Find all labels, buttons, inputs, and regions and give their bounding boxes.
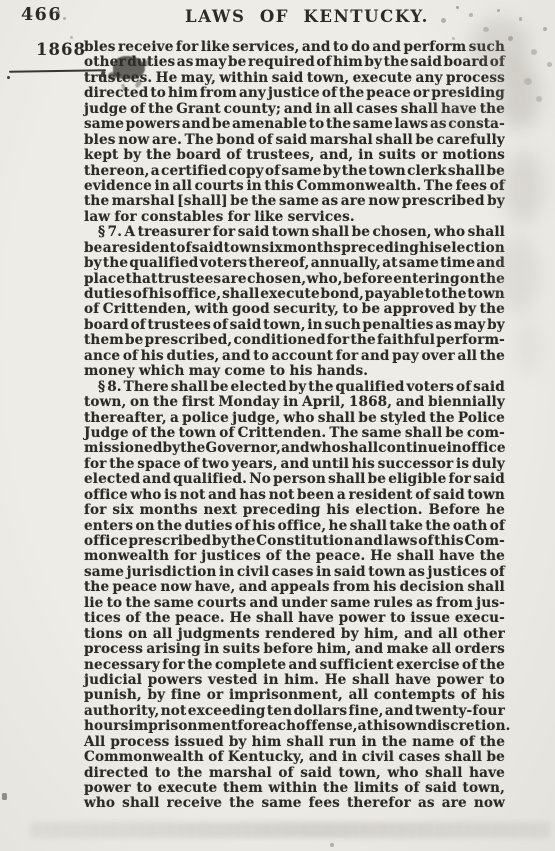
word: him,: [364, 627, 399, 642]
word: clerk: [407, 164, 446, 179]
word: justices: [201, 549, 261, 564]
word: all: [432, 642, 452, 657]
word: before: [343, 272, 393, 287]
word: same: [154, 596, 194, 611]
text-line: boardoftrusteesofsaidtown,insuchpenaltie…: [84, 318, 505, 333]
word: has: [239, 488, 266, 503]
text-line: judgeoftheGrantcounty;andinallcasesshall…: [84, 102, 505, 117]
word: come: [224, 364, 265, 379]
word: six: [112, 503, 133, 518]
word: evidence: [84, 179, 152, 194]
word: of: [459, 735, 474, 750]
text-line: blesnoware.Thebondofsaidmarshalshallbeca…: [84, 133, 505, 148]
word: duly: [472, 457, 505, 472]
word: said: [192, 241, 224, 256]
word: powers: [148, 673, 203, 688]
word: that: [126, 272, 158, 287]
word: of: [456, 380, 471, 395]
word: his: [326, 503, 349, 518]
text-line: officeprescribedbytheConstitutionandlaws…: [84, 534, 505, 549]
text-line: judicialpowersvestedinhim.Heshallhavepow…: [84, 673, 505, 688]
word: payable: [365, 287, 424, 302]
word: in: [283, 395, 298, 410]
word: and,: [320, 148, 354, 163]
word: have: [469, 766, 505, 781]
word: six: [261, 241, 282, 256]
word: the: [326, 117, 351, 132]
word: the: [323, 781, 348, 796]
word: of: [266, 549, 281, 564]
word: twenty-four: [415, 704, 505, 719]
word: of: [490, 179, 505, 194]
word: cases: [272, 565, 314, 580]
word: elected: [84, 472, 140, 487]
word: complete: [215, 658, 286, 673]
page-number: 466: [21, 5, 62, 25]
word: take: [389, 519, 423, 534]
word: same: [84, 117, 124, 132]
word: until: [312, 457, 349, 472]
word: conditioned: [234, 333, 326, 348]
word: trustees,: [246, 148, 314, 163]
word: are.: [152, 133, 182, 148]
word: who: [283, 411, 314, 426]
word: shall: [256, 611, 293, 626]
word: the: [157, 519, 182, 534]
margin-year-note: 1868: [36, 40, 86, 59]
word: for: [228, 210, 251, 225]
word: prescribed: [128, 534, 211, 549]
word: rendered: [265, 627, 335, 642]
word: for: [84, 457, 107, 472]
word: peace.: [316, 549, 366, 564]
word: person: [273, 472, 326, 487]
running-title: LAWS OF KENTUCKY.: [185, 7, 429, 26]
word: space: [137, 457, 181, 472]
word: shall: [171, 380, 208, 395]
word: the: [148, 102, 173, 117]
word: therefor: [347, 796, 411, 811]
word: two: [202, 457, 230, 472]
word: town,: [307, 71, 349, 86]
word: for: [449, 472, 472, 487]
word: him,: [317, 642, 352, 657]
word: preceding: [243, 503, 321, 518]
word: elected: [231, 380, 287, 395]
word: pay: [392, 349, 419, 364]
word: justices: [428, 565, 488, 580]
word: now: [368, 194, 399, 209]
word: is: [164, 488, 177, 503]
word: same: [362, 426, 402, 441]
word: police: [182, 411, 229, 426]
word: annually,: [311, 256, 381, 271]
word: them: [223, 781, 263, 796]
word: shall: [122, 796, 159, 811]
word: be: [230, 194, 248, 209]
word: voters: [406, 380, 454, 395]
word: thereafter,: [84, 411, 167, 426]
word: jurisdiction: [127, 565, 217, 580]
word: cases: [398, 750, 440, 765]
text-line: evidenceinallcourtsinthisCommonwealth.Th…: [84, 179, 505, 194]
word: authority,: [84, 704, 159, 719]
word: on: [460, 272, 479, 287]
word: qualified: [335, 380, 404, 395]
word: copy: [228, 164, 263, 179]
word: and: [404, 627, 433, 642]
word: be: [352, 225, 370, 240]
word: 1868,: [349, 395, 392, 410]
word: Governor,: [205, 441, 281, 456]
word: any: [416, 71, 443, 86]
word: other: [84, 55, 126, 70]
word: in: [154, 179, 169, 194]
text-line: missionedbytheGovernor,andwhoshallcontin…: [84, 441, 505, 456]
word: by: [229, 735, 247, 750]
word: offense,: [296, 719, 358, 734]
word: have: [395, 673, 431, 688]
word: and: [396, 395, 425, 410]
word: the: [103, 256, 128, 271]
word: his: [419, 241, 442, 256]
word: at: [358, 719, 373, 734]
text-line: thereafter,apolicejudge,whoshallbestyled…: [84, 411, 505, 426]
word: approved: [384, 302, 455, 317]
word: All: [84, 735, 105, 750]
word: peace: [366, 86, 411, 101]
word: shall: [405, 426, 442, 441]
word: exercise: [396, 658, 460, 673]
word: as: [177, 55, 194, 70]
word: be: [212, 117, 230, 132]
word: duties,: [166, 349, 219, 364]
word: of: [219, 426, 234, 441]
word: §: [98, 225, 105, 240]
word: town: [224, 241, 262, 256]
word: the: [351, 333, 376, 348]
word: thereof,: [248, 256, 309, 271]
word: Constitution: [256, 534, 353, 549]
word: same: [84, 565, 124, 580]
word: receive: [167, 796, 223, 811]
text-line: thembeprescribed,conditionedforthefaithf…: [84, 333, 505, 348]
word: shall: [352, 673, 389, 688]
word: of: [278, 766, 293, 781]
word: courts: [195, 179, 244, 194]
word: missioned: [84, 441, 162, 456]
word: bond,: [321, 287, 364, 302]
word: amenable: [232, 117, 307, 132]
word: and: [372, 40, 401, 55]
word: Crittenden.: [238, 426, 327, 441]
word: in: [315, 102, 330, 117]
word: necessary: [84, 658, 160, 673]
text-line: directedtothemarshalofsaidtown,whoshallh…: [84, 766, 505, 781]
word: within: [219, 71, 268, 86]
word: power: [339, 611, 386, 626]
word: services,: [232, 40, 299, 55]
word: all: [153, 627, 173, 642]
word: laws: [384, 534, 418, 549]
word: who: [130, 488, 161, 503]
word: have: [439, 549, 475, 564]
word: all: [457, 349, 477, 364]
word: by: [123, 148, 141, 163]
word: with: [195, 302, 229, 317]
word: said: [473, 472, 505, 487]
word: or: [421, 148, 438, 163]
word: been: [297, 488, 334, 503]
word: and: [302, 40, 331, 55]
word: them: [84, 333, 124, 348]
word: trustees: [158, 272, 221, 287]
word: within: [268, 781, 317, 796]
word: of: [235, 519, 250, 534]
word: the: [308, 380, 333, 395]
word: required: [248, 55, 315, 70]
word: jus-: [476, 596, 505, 611]
text-line: processarisinginsuitsbeforehim,andmakeal…: [84, 642, 505, 657]
word: the: [384, 55, 409, 70]
word: laws: [394, 117, 428, 132]
word: are: [222, 272, 247, 287]
word: are: [341, 194, 366, 209]
word: town: [272, 225, 310, 240]
word: same: [399, 256, 439, 271]
word: the: [480, 102, 505, 117]
text-line: dutiesofhisoffice,shallexecutebond,payab…: [84, 287, 505, 302]
word: is: [456, 457, 469, 472]
word: process: [84, 642, 143, 657]
word: a: [151, 164, 160, 179]
word: county;: [224, 102, 281, 117]
word: to: [270, 364, 286, 379]
word: said: [272, 71, 304, 86]
word: on: [135, 519, 154, 534]
word: in: [219, 565, 234, 580]
word: fine,: [349, 704, 384, 719]
word: of: [130, 102, 145, 117]
word: judicial: [84, 673, 142, 688]
word: There: [124, 380, 169, 395]
word: make: [387, 642, 429, 657]
word: a: [103, 241, 112, 256]
word: his: [352, 457, 375, 472]
word: of: [490, 55, 505, 70]
word: the: [480, 302, 505, 317]
word: be: [445, 426, 463, 441]
word: the: [150, 426, 175, 441]
word: office,: [278, 519, 327, 534]
word: to: [136, 781, 152, 796]
word: marshal: [112, 194, 175, 209]
word: hands.: [317, 364, 368, 379]
word: who: [84, 796, 115, 811]
text-line: officewhoisnotandhasnotbeenaresidentofsa…: [84, 488, 505, 503]
word: town,: [84, 395, 126, 410]
word: not: [269, 488, 295, 503]
word: chosen,: [247, 272, 306, 287]
word: town: [467, 488, 505, 503]
word: all: [334, 102, 354, 117]
word: kept: [84, 148, 118, 163]
text-line: hoursimprisonmentforeachoffense,athisown…: [84, 719, 505, 734]
word: of: [131, 318, 146, 333]
word: in: [307, 318, 322, 333]
word: time: [440, 256, 475, 271]
word: voters: [200, 256, 248, 271]
word: are: [442, 796, 467, 811]
word: of: [226, 148, 241, 163]
word: by: [147, 688, 165, 703]
word: and: [239, 580, 268, 595]
word: biennially: [428, 395, 505, 410]
word: The: [329, 426, 358, 441]
word: not: [180, 488, 206, 503]
word: to: [309, 117, 325, 132]
word: presiding: [431, 86, 505, 101]
text-line: ticesofthepeace.Heshallhavepowertoissuee…: [84, 611, 505, 626]
word: the: [180, 441, 205, 456]
bottom-scan-band: [30, 822, 550, 838]
word: motions: [442, 148, 505, 163]
word: this: [264, 179, 294, 194]
word: such: [324, 318, 360, 333]
word: the: [441, 287, 466, 302]
word: peace: [113, 580, 158, 595]
word: courts: [197, 596, 246, 611]
word: like: [254, 210, 283, 225]
word: rules: [374, 596, 413, 611]
word: months: [140, 503, 198, 518]
word: Judge: [84, 426, 129, 441]
word: Kentucky,: [228, 750, 305, 765]
word: in: [316, 565, 331, 580]
word: the: [187, 658, 212, 673]
word: chosen,: [372, 225, 431, 240]
word: ance: [84, 349, 120, 364]
word: and: [222, 349, 251, 364]
word: He: [156, 71, 178, 86]
word: be: [362, 302, 380, 317]
word: the: [109, 457, 134, 472]
word: shall: [341, 441, 378, 456]
word: may: [454, 318, 486, 333]
word: over: [421, 349, 454, 364]
word: of: [125, 611, 140, 626]
word: consta-: [448, 117, 505, 132]
word: now: [160, 580, 191, 595]
word: ten: [267, 704, 292, 719]
word: shall: [467, 580, 504, 595]
word: shall: [318, 411, 355, 426]
word: board: [444, 55, 489, 70]
word: and: [208, 488, 237, 503]
text-line: §8.Thereshallbeelectedbythequalifiedvote…: [84, 380, 505, 395]
text-line: CommonwealthofKentucky,andincivilcasessh…: [84, 750, 505, 765]
text-line: placethattrusteesarechosen,who,beforeent…: [84, 272, 505, 287]
word: of: [404, 781, 419, 796]
word: in: [361, 735, 376, 750]
word: of: [322, 86, 337, 101]
word: the: [339, 86, 364, 101]
word: be: [210, 380, 228, 395]
word: and: [284, 102, 313, 117]
word: all: [349, 688, 369, 703]
word: same: [281, 164, 321, 179]
word: No: [249, 472, 271, 487]
word: cases: [356, 102, 398, 117]
word: judge: [84, 102, 127, 117]
text-line: whoshallreceivethesamefeesthereforasaren…: [84, 796, 505, 811]
word: in: [342, 750, 357, 765]
paragraph: §8.Thereshallbeelectedbythequalifiedvote…: [84, 380, 505, 812]
word: of: [176, 241, 191, 256]
text-line: moneywhichmaycometohishands.: [84, 364, 505, 379]
word: election.: [355, 503, 422, 518]
word: bles: [84, 133, 116, 148]
word: fine: [171, 688, 201, 703]
word: of: [316, 55, 331, 70]
text-line: electedandqualified.Nopersonshallbeeligi…: [84, 472, 505, 487]
word: who: [387, 766, 418, 781]
word: be: [487, 750, 505, 765]
word: which: [139, 364, 185, 379]
word: shall: [328, 472, 365, 487]
word: the: [125, 596, 150, 611]
word: perform-: [436, 333, 505, 348]
text-line: powertoexecutethemwithinthelimitsofsaidt…: [84, 781, 505, 796]
word: 8.: [107, 380, 122, 395]
word: by: [162, 441, 180, 456]
word: perform: [403, 40, 466, 55]
word: other: [463, 627, 505, 642]
word: services.: [288, 210, 355, 225]
word: execute: [353, 71, 413, 86]
word: the: [286, 549, 311, 564]
word: first: [182, 395, 215, 410]
word: imprisonment: [128, 719, 237, 734]
word: the: [480, 735, 505, 750]
word: said: [300, 766, 332, 781]
word: as: [416, 596, 433, 611]
margin-rule-dot: [7, 76, 10, 79]
word: punish,: [84, 688, 142, 703]
word: He: [325, 673, 347, 688]
word: shall: [445, 750, 482, 765]
text-line: necessaryforthecompleteandsufficientexer…: [84, 658, 505, 673]
word: to: [253, 349, 269, 364]
word: entering: [393, 272, 459, 287]
word: receive: [118, 40, 174, 55]
word: appeals: [271, 580, 330, 595]
word: town: [368, 164, 406, 179]
word: town: [179, 426, 217, 441]
word: Com-: [464, 534, 505, 549]
word: to: [425, 287, 441, 302]
word: be: [416, 133, 434, 148]
word: run: [329, 735, 356, 750]
word: same: [330, 596, 370, 611]
word: said: [473, 380, 505, 395]
word: tices: [84, 611, 121, 626]
text-line: ofCrittenden,withgoodsecurity,tobeapprov…: [84, 302, 505, 317]
word: the: [342, 164, 367, 179]
word: be: [84, 241, 102, 256]
word: who,: [307, 272, 343, 287]
word: his: [141, 349, 164, 364]
